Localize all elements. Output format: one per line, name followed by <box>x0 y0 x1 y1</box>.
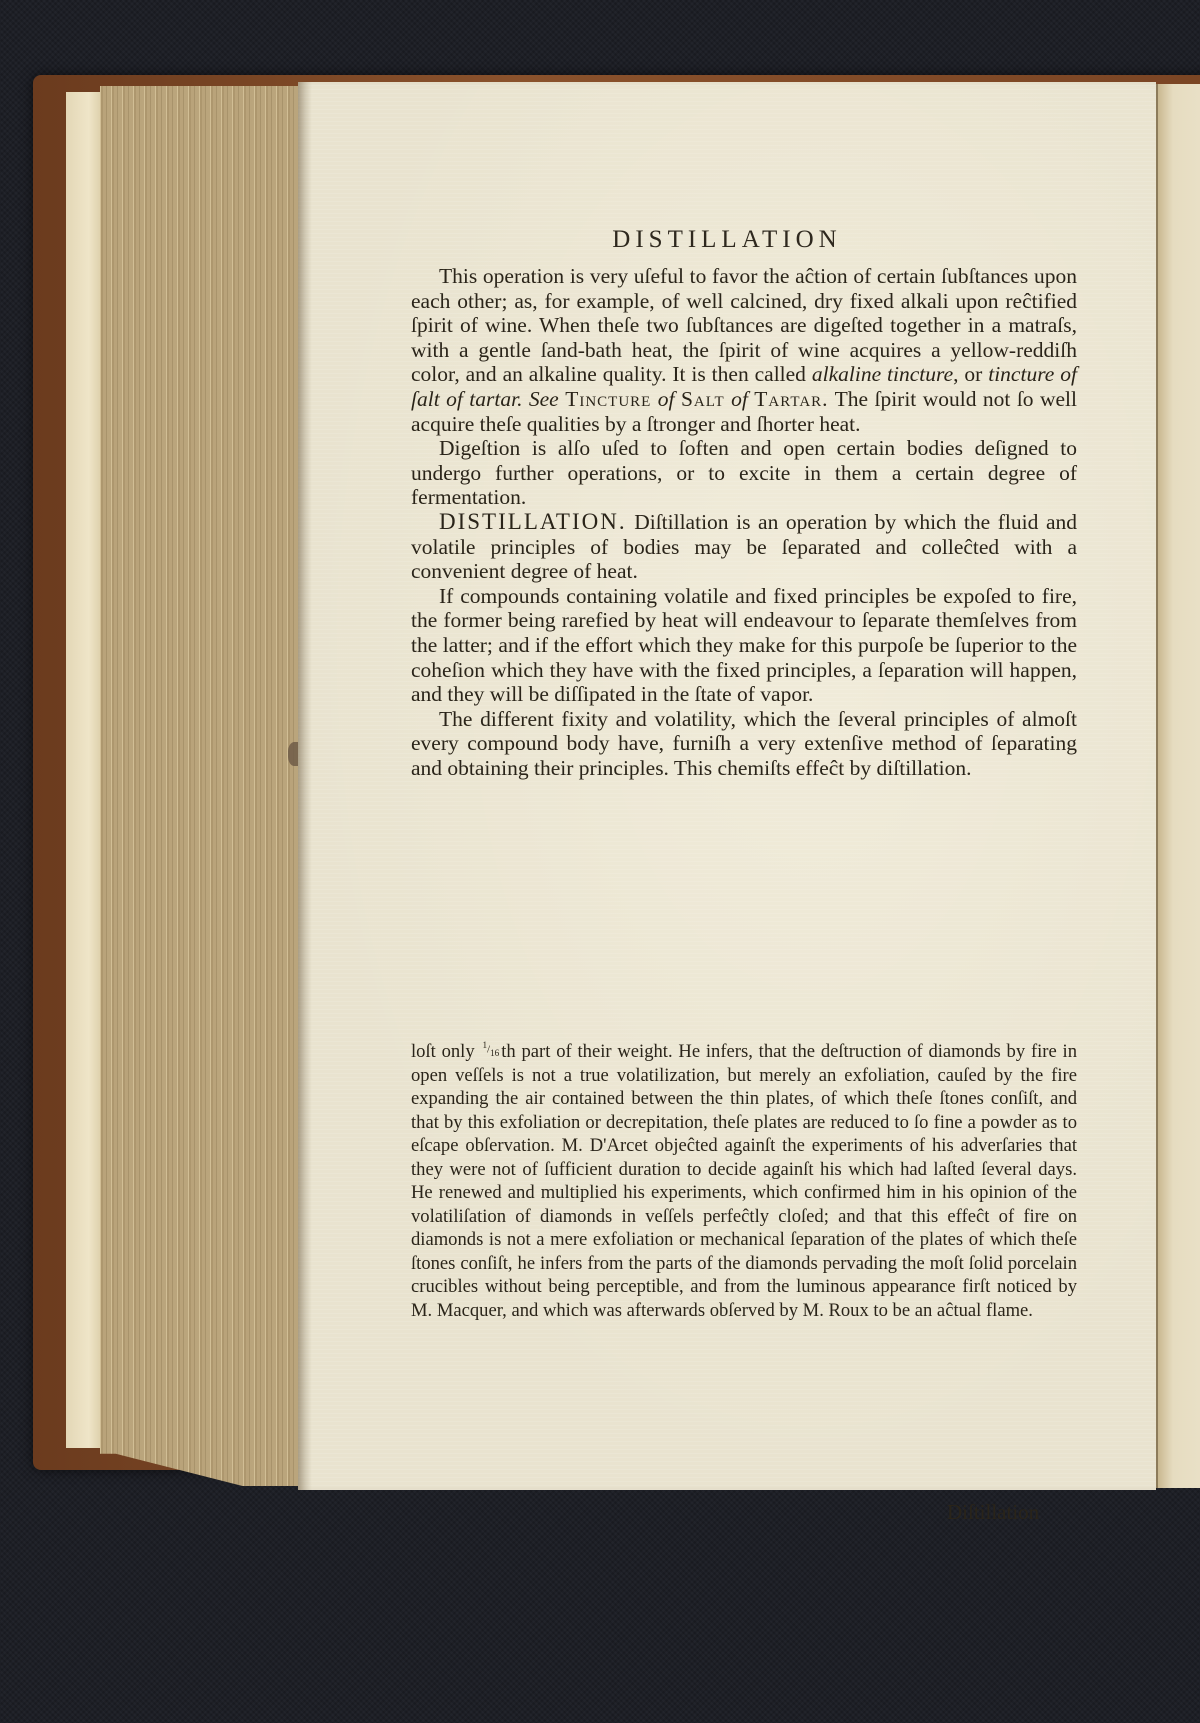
text-run: , or <box>953 362 988 386</box>
text-run: th part of their weight. He infers, that… <box>411 1041 1077 1321</box>
italic-term: of <box>651 387 681 411</box>
italic-term: of <box>725 387 755 411</box>
italic-term: alkaline tincture <box>812 362 953 386</box>
paragraph-compounds: If compounds containing volatile and fix… <box>411 584 1077 707</box>
endpaper-strip <box>66 92 104 1448</box>
paragraph-alkaline-tincture: This operation is very uſeful to favor t… <box>411 264 1077 436</box>
cross-reference: Tartar. <box>754 387 828 411</box>
catchword: Diſtillation <box>947 1500 1039 1525</box>
facing-page-edge <box>1156 84 1200 1488</box>
fraction-numerator: 1 <box>482 1040 487 1050</box>
entry-headword: DISTILLATION. <box>439 509 627 534</box>
fraction: 1/16 <box>482 1040 499 1058</box>
cross-reference: Tincture <box>565 387 651 411</box>
gutter-shadow <box>298 82 312 1490</box>
running-head: DISTILLATION <box>298 226 1156 254</box>
paragraph-fixity-volatility: The different fixity and volatility, whi… <box>411 707 1077 781</box>
paragraph-distillation-entry: DISTILLATION. Diſtillation is an operati… <box>411 510 1077 584</box>
footnote-block: loſt only 1/16th part of their weight. H… <box>411 1040 1077 1322</box>
footnote-paragraph: loſt only 1/16th part of their weight. H… <box>411 1040 1077 1322</box>
fraction-denominator: 16 <box>490 1048 499 1058</box>
main-text-block: This operation is very uſeful to favor t… <box>411 264 1077 780</box>
text-run: loſt only <box>411 1041 475 1062</box>
page-block-fore-edge <box>100 86 298 1486</box>
cross-reference: Salt <box>681 387 725 411</box>
paragraph-digestion: Digeſtion is alſo uſed to ſoften and ope… <box>411 436 1077 510</box>
